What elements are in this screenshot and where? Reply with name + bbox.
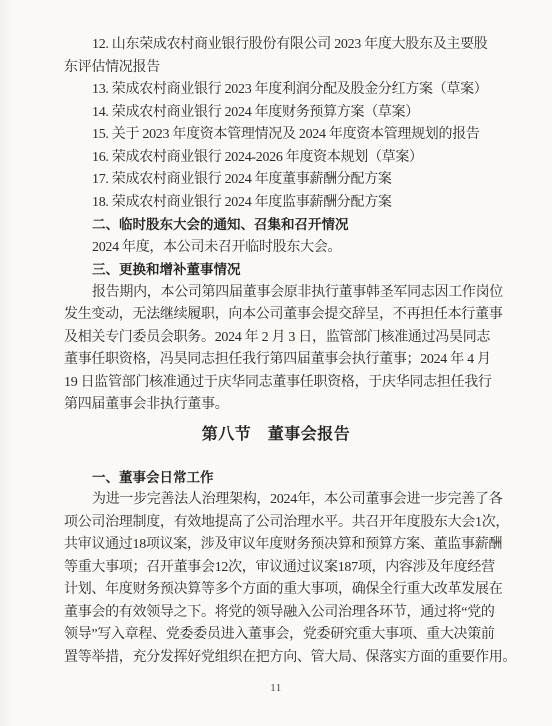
- chapter-heading: 第八节 董事会报告: [64, 422, 488, 448]
- text-line: 16. 荣成农村商业银行 2024-2026 年度资本规划（草案）: [64, 147, 488, 170]
- section-heading: 二、临时股东大会的通知、召集和召开情况: [64, 214, 488, 237]
- document-body: 12. 山东荣成农村商业银行股份有限公司 2023 年度大股东及主要股东评估情况…: [64, 34, 488, 669]
- text-line: 及相关专门委员会职务。2024 年 2 月 3 日，监管部门核准通过冯昊同志: [64, 327, 488, 350]
- text-line: 14. 荣成农村商业银行 2024 年度财务预算方案（草案）: [64, 102, 488, 125]
- section-heading: 一、董事会日常工作: [64, 467, 488, 490]
- text-line: 置等举措，充分发挥好党组织在把方向、管大局、保落实方面的重要作用。: [64, 647, 488, 670]
- text-line: 董事会的有效领导之下。将党的领导融入公司治理各环节，通过将“党的: [64, 602, 488, 625]
- text-line: 等重大事项；召开董事会12次，审议通过议案187项，内容涉及年度经营: [64, 557, 488, 580]
- text-line: 18. 荣成农村商业银行 2024 年度监事薪酬分配方案: [64, 192, 488, 215]
- text-line: 董事任职资格，冯昊同志担任我行第四届董事会执行董事；2024 年 4 月: [64, 349, 488, 372]
- text-line: 第四届董事会非执行董事。: [64, 394, 488, 417]
- text-line: 15. 关于 2023 年度资本管理情况及 2024 年度资本管理规划的报告: [64, 124, 488, 147]
- text-line: 计划、年度财务预决算等多个方面的重大事项，确保全行重大改革发展在: [64, 579, 488, 602]
- section-heading: 三、更换和增补董事情况: [64, 259, 488, 282]
- text-line: 2024 年度，本公司未召开临时股东大会。: [64, 237, 488, 260]
- page-number: 11: [0, 682, 552, 694]
- text-line: 报告期内，本公司第四届董事会原非执行董事韩圣军同志因工作岗位: [64, 282, 488, 305]
- text-line: 领导”写入章程、党委委员进入董事会，党委研究重大事项、重大决策前: [64, 624, 488, 647]
- text-line: 12. 山东荣成农村商业银行股份有限公司 2023 年度大股东及主要股: [64, 34, 488, 57]
- text-line: 东评估情况报告: [64, 57, 488, 80]
- text-line: 19 日监管部门核准通过于庆华同志董事任职资格，于庆华同志担任我行: [64, 372, 488, 395]
- text-line: 13. 荣成农村商业银行 2023 年度利润分配及股金分红方案（草案）: [64, 79, 488, 102]
- text-line: 发生变动，无法继续履职，向本公司董事会提交辞呈，不再担任本行董事: [64, 304, 488, 327]
- text-line: 17. 荣成农村商业银行 2024 年度董事薪酬分配方案: [64, 169, 488, 192]
- text-line: 项公司治理制度，有效地提高了公司治理水平。共召开年度股东大会1次，: [64, 512, 488, 535]
- document-page: 12. 山东荣成农村商业银行股份有限公司 2023 年度大股东及主要股东评估情况…: [0, 0, 552, 726]
- text-line: 为进一步完善法人治理架构，2024年，本公司董事会进一步完善了各: [64, 489, 488, 512]
- text-line: 共审议通过18项议案，涉及审议年度财务预决算和预算方案、董监事薪酬: [64, 534, 488, 557]
